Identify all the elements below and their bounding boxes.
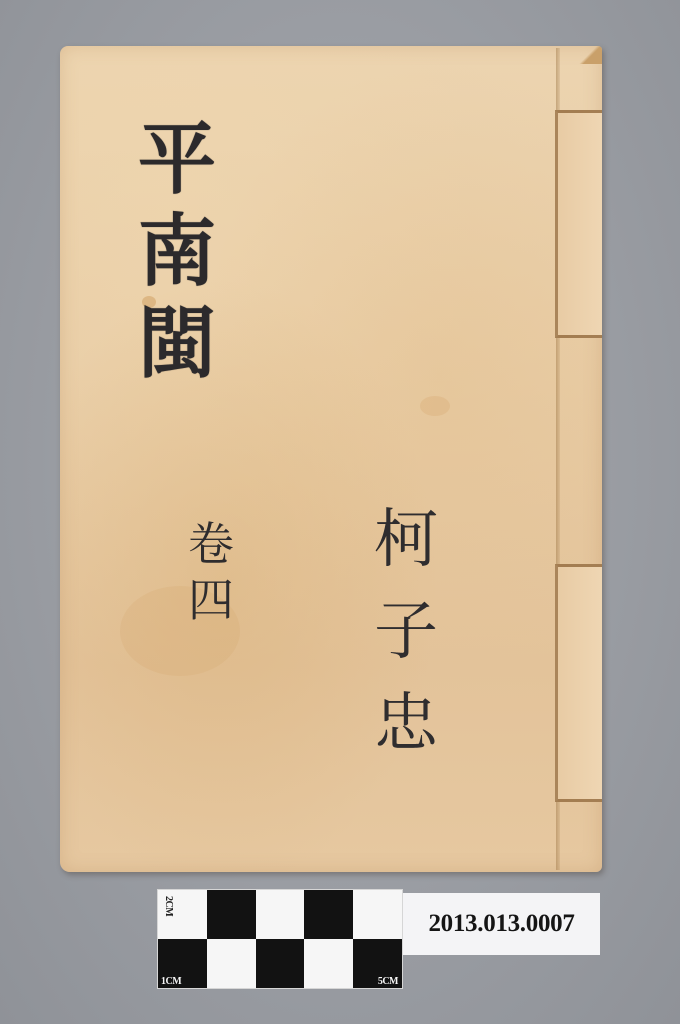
volume-char: 卷	[188, 516, 234, 572]
book-cover: 平 南 閩 卷 四 柯 子 忠	[60, 46, 602, 872]
catalog-number-label: 2013.013.0007	[403, 893, 600, 955]
volume-char: 四	[188, 572, 234, 628]
scale-cell-black: 5CM	[353, 939, 402, 988]
scale-cell-white: 2CM	[158, 890, 207, 939]
author-name: 柯 子 忠	[374, 494, 438, 770]
author-char: 忠	[374, 678, 438, 770]
scale-cell-white	[256, 890, 305, 939]
title-char: 南	[138, 206, 216, 298]
author-char: 子	[374, 586, 438, 678]
corner-wear	[578, 46, 602, 64]
binding-label-bottom	[555, 564, 602, 802]
title-char: 平	[138, 114, 216, 206]
author-char: 柯	[374, 494, 438, 586]
scale-label-1cm: 1CM	[161, 976, 181, 987]
scale-cell-black	[256, 939, 305, 988]
scale-cell-white	[304, 939, 353, 988]
book-title: 平 南 閩	[138, 114, 216, 390]
scale-label-2cm: 2CM	[163, 896, 174, 916]
title-char: 閩	[138, 298, 216, 390]
scale-cell-black	[207, 890, 256, 939]
stain-mark	[420, 396, 450, 416]
scale-cell-white	[353, 890, 402, 939]
scale-label-5cm: 5CM	[378, 976, 398, 987]
scale-cell-white	[207, 939, 256, 988]
scale-bar: 2CM 1CM 5CM	[157, 889, 403, 989]
binding-label-top	[555, 110, 602, 338]
catalog-number: 2013.013.0007	[428, 910, 574, 938]
scale-cell-black: 1CM	[158, 939, 207, 988]
scale-cell-black	[304, 890, 353, 939]
volume-label: 卷 四	[188, 516, 234, 628]
